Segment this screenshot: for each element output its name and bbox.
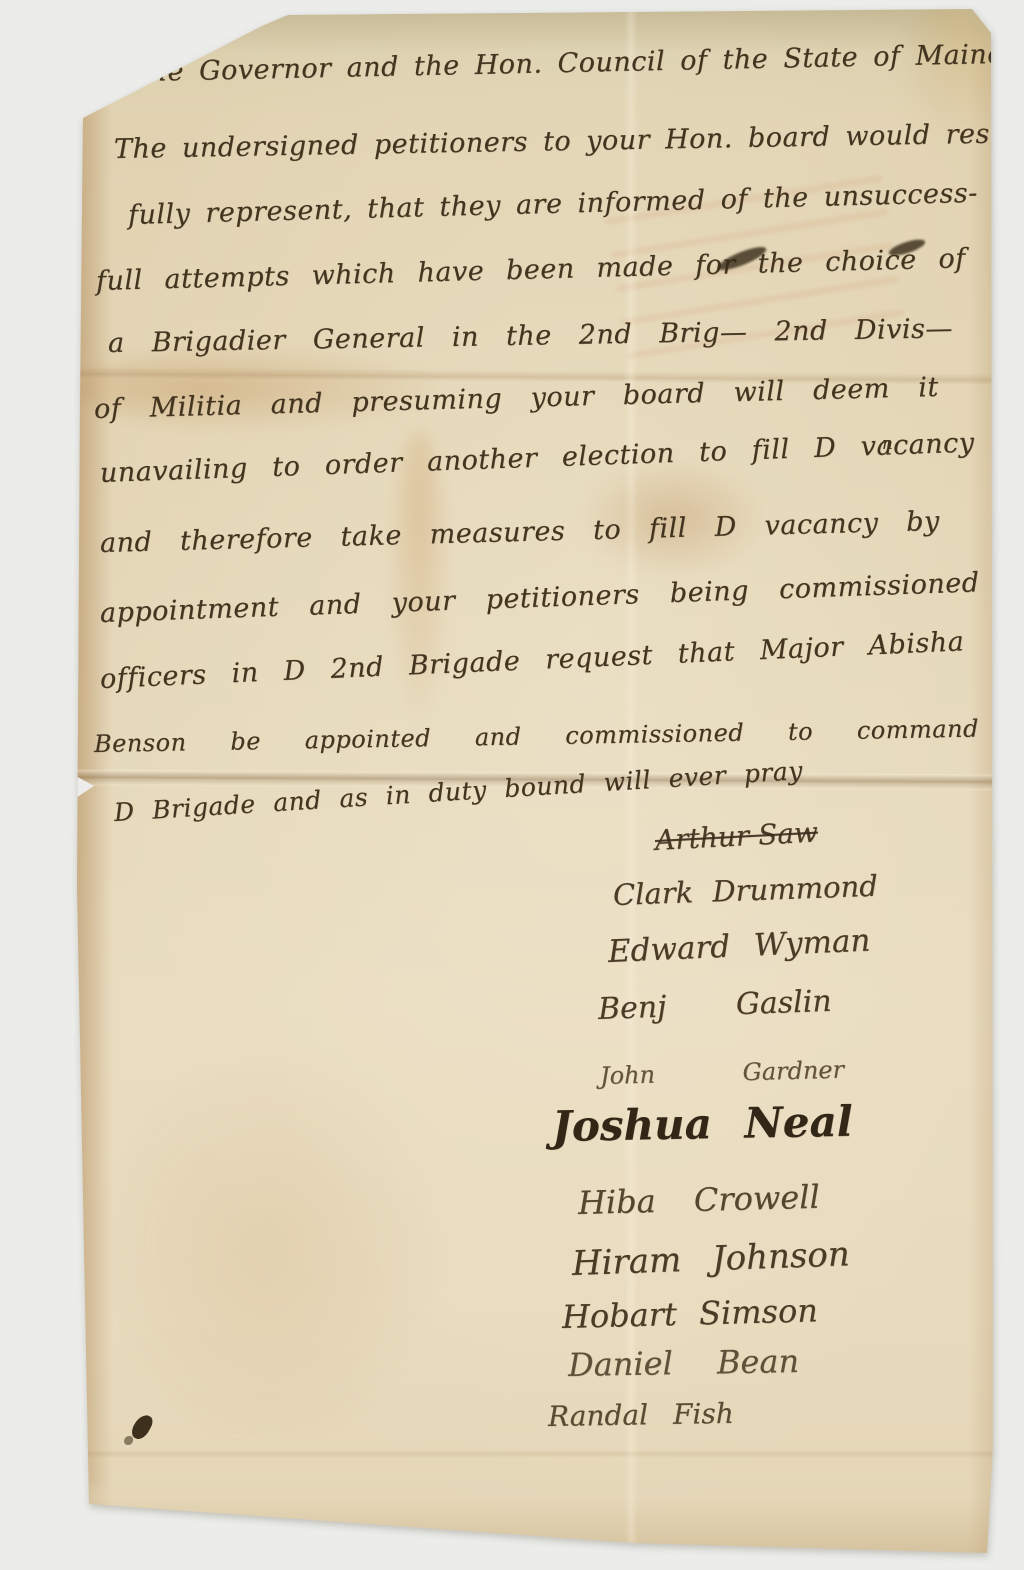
signature-hiba-crowell: Hiba Crowell: [578, 1178, 821, 1222]
signature-daniel-bean: Daniel Bean: [568, 1342, 800, 1384]
signature-hobart-simson: Hobart Simson: [562, 1291, 819, 1336]
paper-sheet-wrapper: To the Governor and the Hon. Council of …: [76, 6, 996, 1559]
inserted-superscript-n: n: [882, 434, 893, 454]
ink-blot-speck: [124, 1436, 133, 1445]
signature-randal-fish: Randal Fish: [548, 1397, 734, 1433]
signature-joshua-neal: Joshua Neal: [552, 1097, 854, 1151]
scanned-document-page: { "colors": { "page_background": "#ecede…: [0, 0, 1024, 1570]
ink-blot-faint-speck: [196, 1514, 206, 1521]
paper-sheet: To the Governor and the Hon. Council of …: [76, 6, 996, 1559]
